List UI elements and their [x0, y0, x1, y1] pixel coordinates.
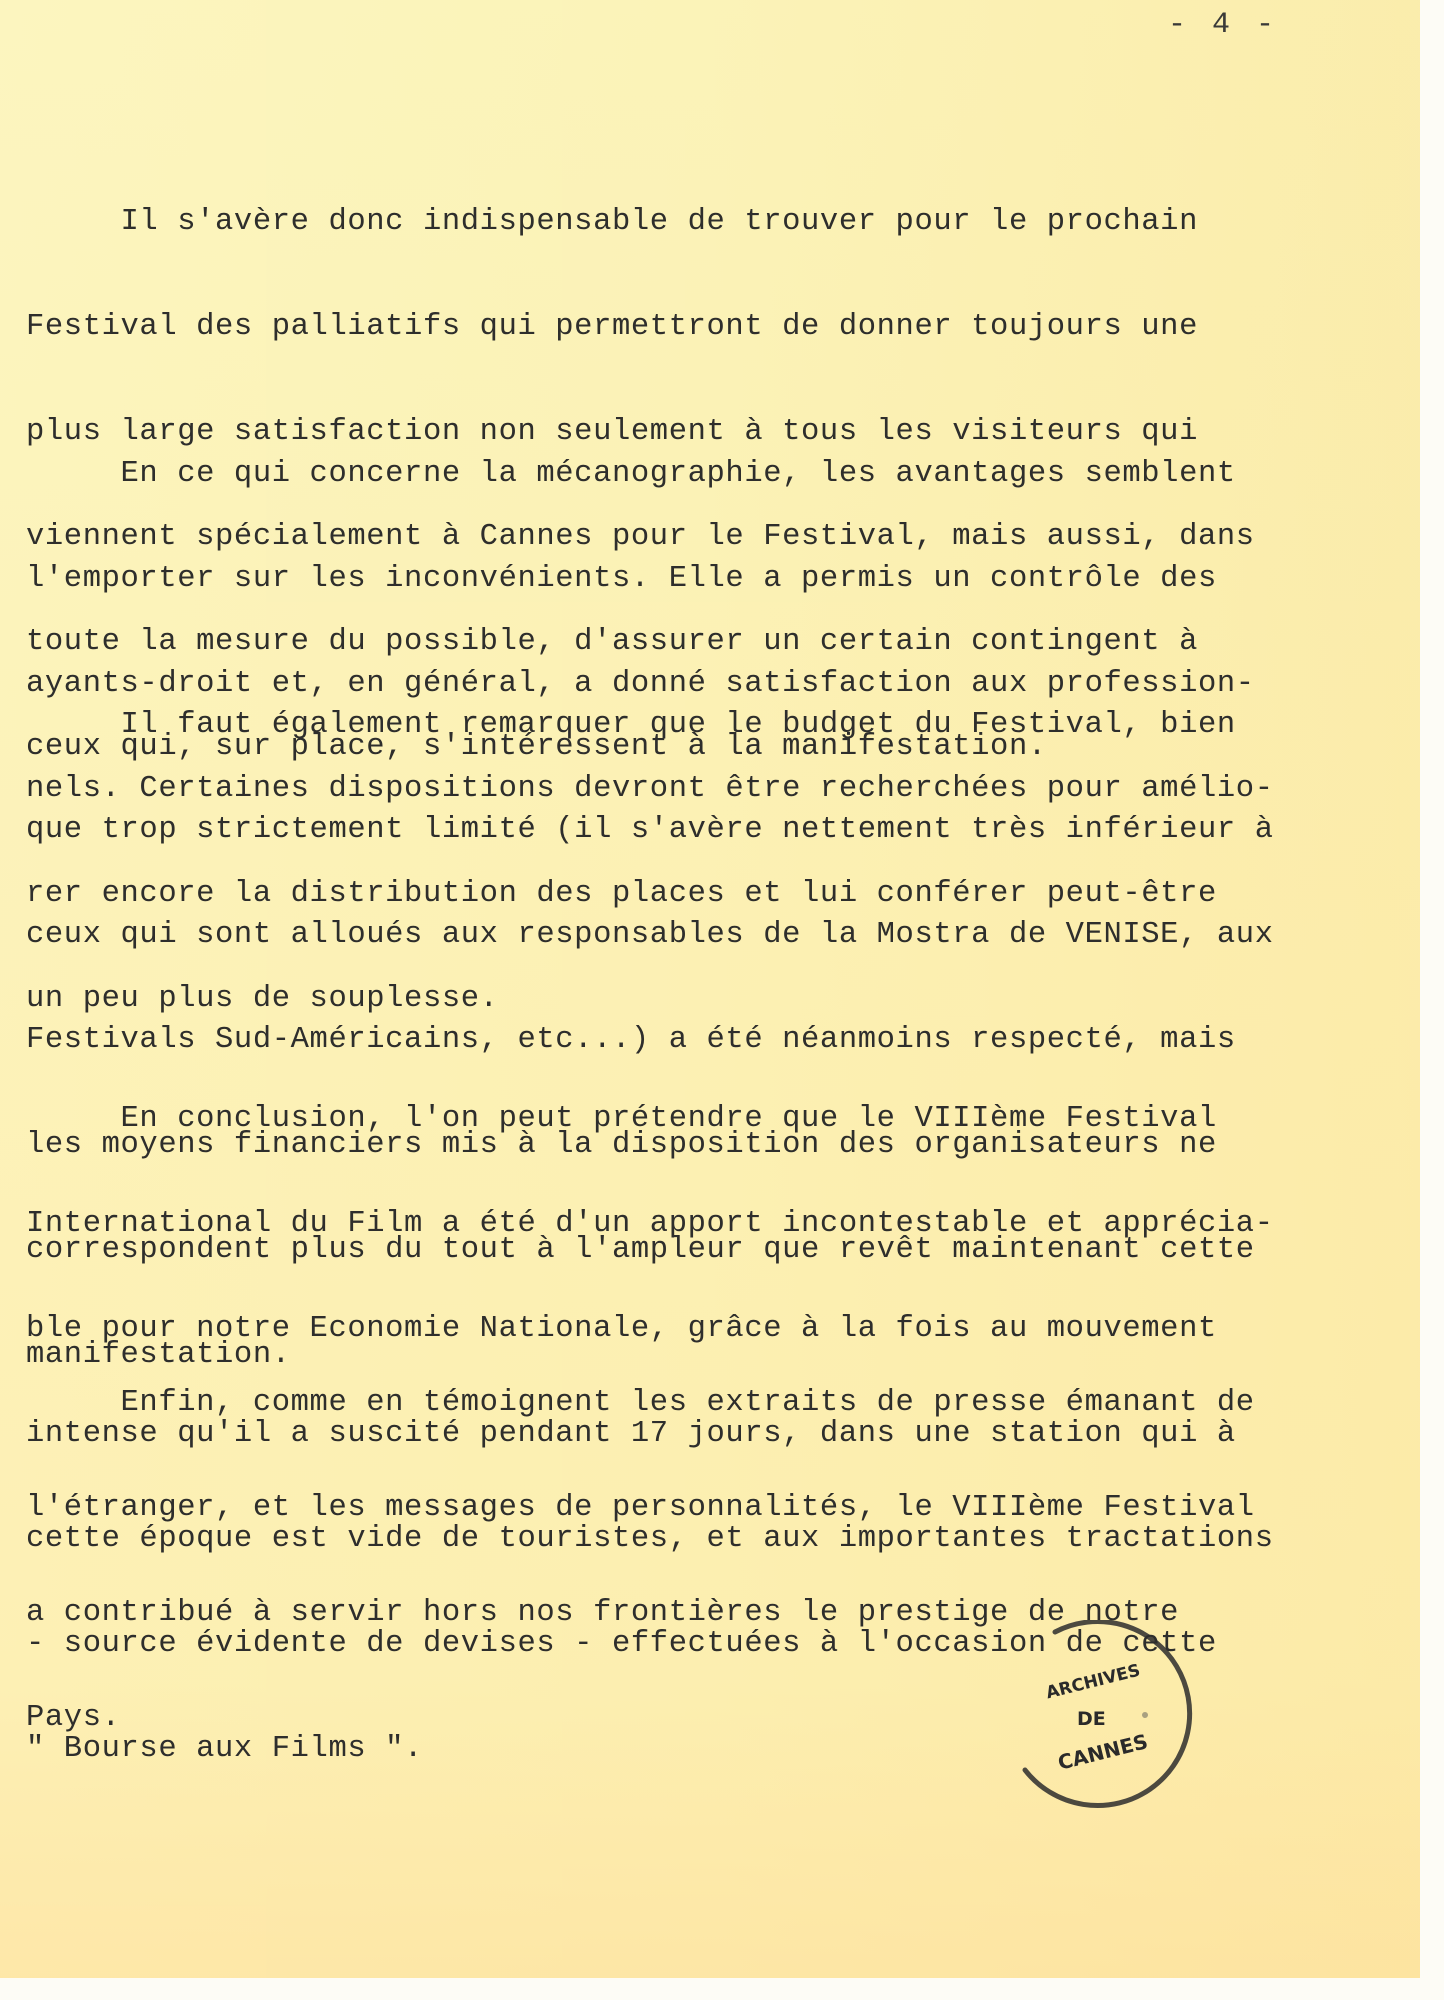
- text-line: que trop strictement limité (il s'avère …: [26, 813, 1274, 848]
- text-line: l'étranger, et les messages de personnal…: [26, 1491, 1255, 1526]
- text-line: International du Film a été d'un apport …: [26, 1207, 1274, 1242]
- text-line: Festival des palliatifs qui permettront …: [26, 310, 1255, 345]
- page-number: - 4 -: [1168, 8, 1278, 42]
- text-line: Il s'avère donc indispensable de trouver…: [26, 205, 1255, 240]
- stamp-text-de: DE: [1077, 1708, 1106, 1730]
- text-line: l'emporter sur les inconvénients. Elle a…: [26, 562, 1274, 597]
- text-line: ceux qui sont alloués aux responsables d…: [26, 918, 1274, 953]
- document-page: - 4 - Il s'avère donc indispensable de t…: [0, 0, 1420, 1978]
- text-line: Il faut également remarquer que le budge…: [26, 708, 1274, 743]
- text-line: Enfin, comme en témoignent les extraits …: [26, 1386, 1255, 1421]
- text-line: En ce qui concerne la mécanographie, les…: [26, 457, 1274, 492]
- text-line: En conclusion, l'on peut prétendre que l…: [26, 1102, 1274, 1137]
- archives-stamp: ARCHIVES DE CANNES: [995, 1620, 1195, 1820]
